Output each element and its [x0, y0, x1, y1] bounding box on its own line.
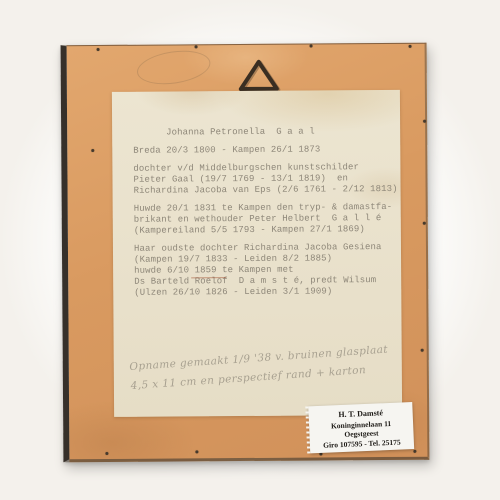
- typed-provenance-label: Johanna Petronella G a a lBreda 20/3 180…: [112, 90, 402, 417]
- photo-background: Johanna Petronella G a a lBreda 20/3 180…: [0, 0, 500, 500]
- nail-tack: [413, 450, 416, 453]
- typed-text-line: (Ulzen 26/10 1826 - Leiden 3/1 1909): [134, 286, 395, 299]
- typed-text-line: (Kampereiland 5/5 1793 - Kampen 27/1 186…: [134, 224, 395, 237]
- nail-tack: [423, 120, 426, 123]
- nail-tack: [105, 452, 108, 455]
- nail-tack: [195, 45, 198, 48]
- typed-text-line: Haar oudste dochter Richardina Jacoba Ge…: [134, 242, 395, 255]
- nail-tack: [310, 45, 313, 48]
- triangle-ring-hanger-icon: [235, 57, 281, 95]
- typed-text: Johanna Petronella G a a lBreda 20/3 180…: [133, 126, 395, 299]
- nail-tack: [97, 48, 100, 51]
- pencil-annotation: Opname gemaakt 1/9 '38 v. bruinen glaspl…: [129, 340, 403, 396]
- nail-tack: [409, 45, 412, 48]
- owner-address-label: H. T. DamstéKoninginnelaan 11OegstgeestG…: [308, 402, 414, 453]
- typed-text-line: Ds Barteld Roelof D a m s t é, predt Wil…: [134, 275, 395, 288]
- nail-tack: [91, 149, 94, 152]
- nail-tack: [421, 349, 424, 352]
- nail-tack: [195, 450, 198, 453]
- nail-tack: [423, 222, 426, 225]
- picture-frame-back: Johanna Petronella G a a lBreda 20/3 180…: [61, 43, 430, 463]
- typed-text-line: Richardina Jacoba van Eps (2/6 1761 - 2/…: [134, 184, 395, 197]
- pencil-scribble: [135, 46, 213, 88]
- typed-text-line: dochter v/d Middelburgschen kunstschilde…: [133, 162, 394, 175]
